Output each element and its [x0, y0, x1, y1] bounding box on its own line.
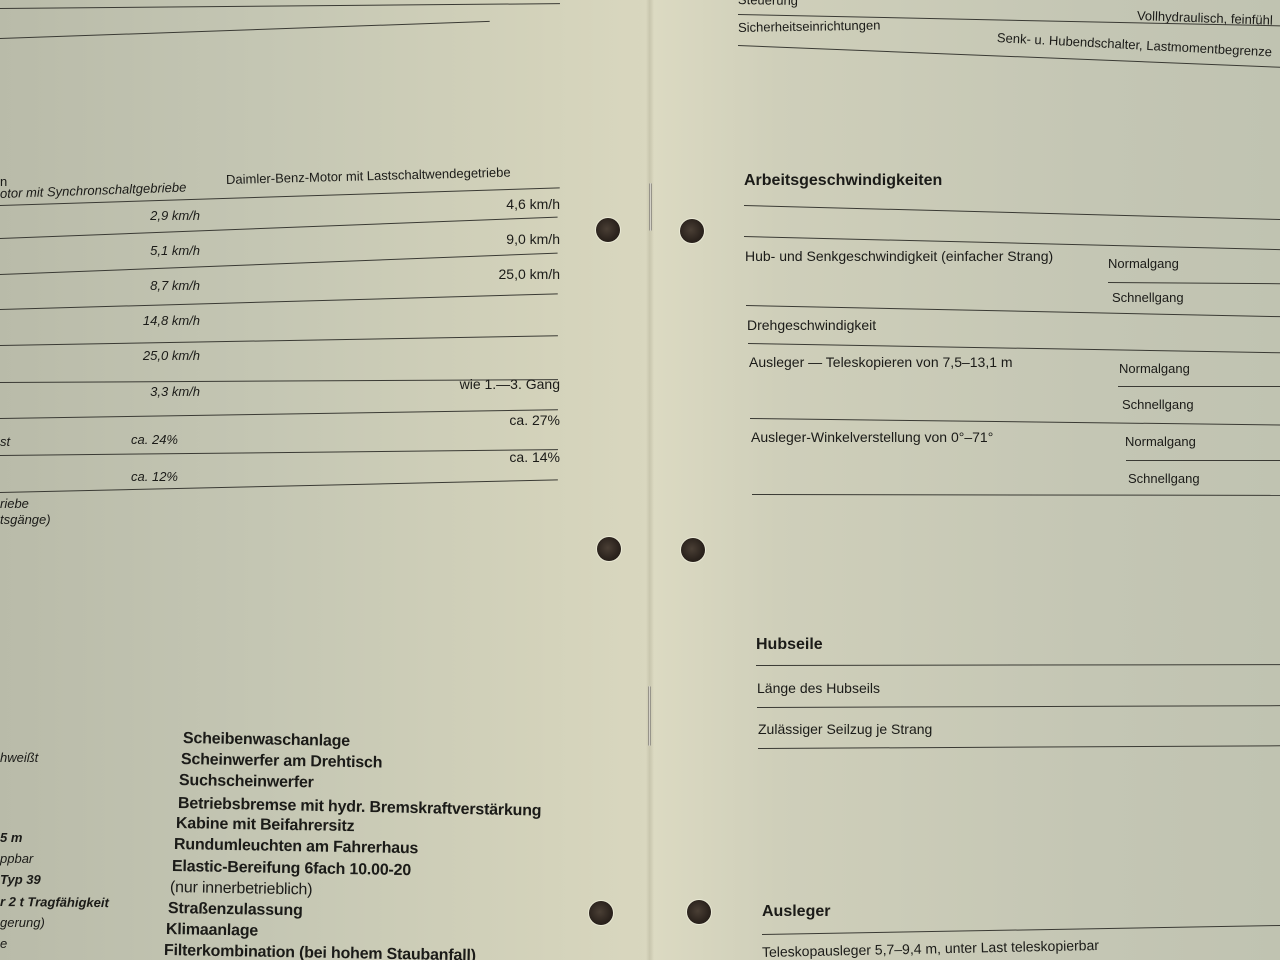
lastschalt-value: wie 1.—3. Gang	[400, 376, 560, 392]
equipment-item: Kabine mit Beifahrersitz	[176, 815, 355, 836]
lastschalt-value: ca. 14%	[400, 449, 560, 465]
mode-label: Normalgang	[1108, 256, 1179, 271]
equipment-item: Suchscheinwerfer	[179, 772, 314, 792]
row-label: Sicherheitseinrichtungen	[738, 18, 881, 35]
section-title: Arbeitsgeschwindigkeiten	[744, 172, 942, 190]
mode-label: Schnellgang	[1128, 471, 1200, 486]
row-label: Steuerung	[738, 0, 798, 8]
row-label: Ausleger-Winkelverstellung von 0°–71°	[751, 429, 993, 445]
mode-label: Normalgang	[1125, 434, 1196, 449]
equipment-item: (nur innerbetrieblich)	[170, 879, 313, 899]
synchron-value: 14,8 km/h	[100, 313, 200, 328]
equipment-item: Straßenzulassung	[168, 900, 303, 920]
row-label: Länge des Hubseils	[757, 680, 880, 696]
staple-icon	[649, 183, 652, 231]
punch-hole-icon	[680, 219, 704, 243]
mode-label: Schnellgang	[1122, 397, 1194, 412]
punch-hole-icon	[596, 218, 620, 242]
equipment-item: Scheinwerfer am Drehtisch	[181, 751, 383, 773]
synchron-value: ca. 24%	[78, 432, 178, 447]
row-label: Zulässiger Seilzug je Strang	[758, 721, 932, 737]
synchron-value: ca. 12%	[78, 469, 178, 484]
partial-text: e	[0, 936, 7, 951]
punch-hole-icon	[597, 537, 621, 561]
synchron-value: 5,1 km/h	[100, 243, 200, 258]
synchron-value: 2,9 km/h	[100, 208, 200, 223]
equipment-item: Klimaanlage	[166, 921, 258, 941]
synchron-value: 25,0 km/h	[100, 348, 200, 363]
section-title: Ausleger	[762, 903, 830, 921]
lastschalt-value: 4,6 km/h	[400, 196, 560, 212]
mode-label: Normalgang	[1119, 361, 1190, 376]
row-label: Hub- und Senkgeschwindigkeit (einfacher …	[745, 248, 1053, 264]
partial-text: r 2 t Tragfähigkeit	[0, 894, 109, 910]
lastschalt-value: 25,0 km/h	[400, 266, 560, 282]
partial-text: Typ 39	[0, 872, 41, 887]
partial-text: hweißt	[0, 750, 38, 765]
synchron-value: 8,7 km/h	[100, 278, 200, 293]
row-label: Drehgeschwindigkeit	[747, 317, 876, 333]
section-title: Hubseile	[756, 636, 823, 654]
partial-text: 5 m	[0, 830, 22, 845]
partial-text: ppbar	[0, 851, 33, 866]
synchron-value: 3,3 km/h	[100, 384, 200, 399]
footnote-line: riebe	[0, 496, 29, 511]
row-label: Ausleger — Teleskopieren von 7,5–13,1 m	[749, 354, 1013, 370]
equipment-item: Scheibenwaschanlage	[183, 730, 350, 751]
punch-hole-icon	[681, 538, 705, 562]
punch-hole-icon	[589, 901, 613, 925]
book-gutter	[646, 0, 654, 960]
footnote-line: tsgänge)	[0, 512, 51, 527]
lastschalt-value: ca. 27%	[400, 412, 560, 428]
punch-hole-icon	[687, 900, 711, 924]
row-label: st	[0, 434, 10, 449]
staple-icon	[648, 686, 651, 746]
mode-label: Schnellgang	[1112, 290, 1184, 305]
lastschalt-value: 9,0 km/h	[400, 231, 560, 247]
partial-text: gerung)	[0, 915, 45, 930]
